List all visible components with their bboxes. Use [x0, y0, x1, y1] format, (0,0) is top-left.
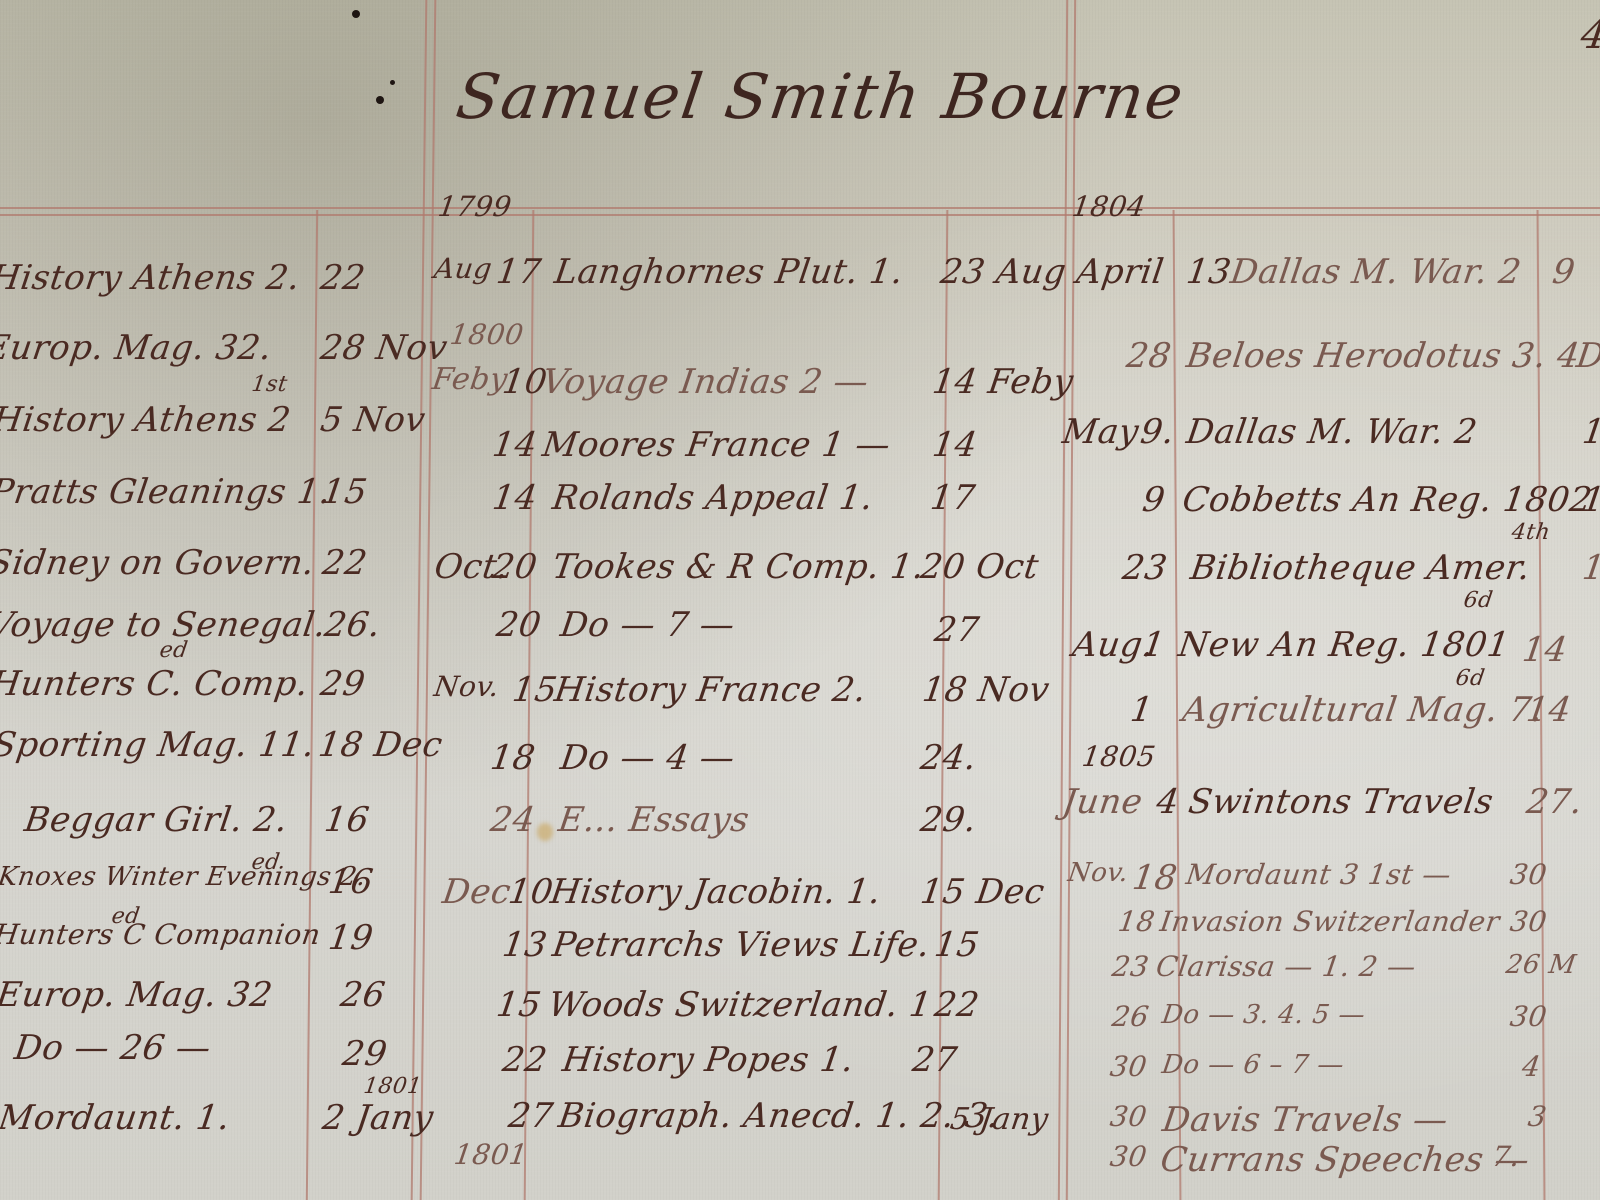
middle-entry-title: Biograph. Anecd. 1. 2. 3.	[556, 1096, 1002, 1136]
page-corner-mark: 4	[1578, 12, 1600, 58]
right-entry-day: 26	[1110, 1000, 1151, 1033]
right-entry-day: 23	[1110, 950, 1151, 983]
right-entry-title: Do — 6 – 7 —	[1160, 1050, 1346, 1080]
column-rule	[306, 210, 318, 1200]
right-entry-title: Davis Travels —	[1160, 1100, 1451, 1140]
middle-entry-month: Nov.	[432, 670, 501, 703]
left-entry-title: Mordaunt. 1.	[0, 1098, 233, 1138]
middle-entry-title: History France 2.	[552, 670, 869, 710]
right-entry-year: 1805	[1080, 740, 1158, 773]
middle-entry-title: Langhornes Plut. 1.	[552, 252, 906, 292]
right-entry-title: Swintons Travels	[1186, 782, 1496, 822]
right-entry-title: Do — 3. 4. 5 —	[1160, 1000, 1367, 1030]
right-entry-title: Clarissa — 1. 2 —	[1154, 950, 1418, 983]
left-entry-returned: 19	[326, 918, 376, 958]
middle-entry-day: 15	[494, 985, 544, 1025]
middle-entry-day: 13	[500, 925, 550, 965]
left-entry-title: Beggar Girl. 2.	[22, 800, 290, 840]
column-rule	[411, 0, 427, 1200]
right-entry-day: 1	[1128, 690, 1156, 730]
middle-entry-returned: 27	[910, 1040, 960, 1080]
middle-year-start: 1799	[436, 190, 514, 223]
right-entry-returned: 9	[1550, 252, 1578, 292]
right-entry-day: 30	[1108, 1100, 1149, 1133]
left-entry-title: Knoxes Winter Evenings 2.	[0, 862, 368, 892]
right-entry-title: Currans Speeches —	[1158, 1140, 1532, 1180]
right-entry-returned: 14	[1520, 630, 1570, 670]
left-entry-title: Sidney on Govern.	[0, 543, 317, 583]
header-rule	[0, 207, 1600, 209]
right-entry-title: Mordaunt 3 1st —	[1184, 858, 1453, 891]
left-entry-title: Sporting Mag. 11.	[0, 725, 317, 765]
middle-entry-day: 22	[500, 1040, 550, 1080]
ink-blot	[352, 10, 360, 18]
column-rule	[1066, 0, 1076, 1200]
middle-entry-returned: 29.	[918, 800, 979, 840]
right-entry-title: Bibliotheque Amer.	[1188, 548, 1533, 588]
left-entry-title: Europ. Mag. 32.	[0, 328, 274, 368]
middle-entry-day: 14	[490, 478, 540, 518]
left-entry-title: History Athens 2	[0, 400, 293, 440]
left-entry-title: Hunters C Companion	[0, 918, 323, 951]
middle-entry-title: Woods Switzerland. 1	[546, 985, 934, 1025]
middle-entry-returned: 24.	[918, 738, 979, 778]
right-entry-superscript: 4th	[1510, 520, 1552, 545]
left-entry-returned: 16	[322, 800, 372, 840]
column-rule	[420, 0, 436, 1200]
left-entry-title: History Athens 2.	[0, 258, 303, 298]
right-entry-day: 30	[1108, 1140, 1149, 1173]
middle-entry-returned: 27	[932, 610, 982, 650]
right-entry-returned: 14	[1524, 690, 1574, 730]
left-entry-returned: 5 Nov	[318, 400, 428, 440]
right-entry-day: 30	[1108, 1050, 1149, 1083]
right-entry-title: Dallas M. War. 2	[1184, 412, 1480, 452]
middle-entry-title: Voyage Indias 2 —	[540, 362, 871, 402]
middle-entry-day: 20	[490, 547, 540, 587]
left-entry-returned: 22	[320, 543, 370, 583]
middle-entry-returned: 5 Jany	[948, 1102, 1051, 1137]
left-entry-year-note: 1801	[362, 1074, 424, 1099]
middle-entry-title: E... Essays	[556, 800, 752, 840]
left-entry-returned: 29	[318, 664, 368, 704]
right-entry-month: May	[1060, 412, 1141, 452]
right-entry-day: 23	[1120, 548, 1170, 588]
ink-blot	[390, 80, 395, 85]
right-entry-day: 13	[1184, 252, 1234, 292]
middle-entry-title: Moores France 1 —	[540, 425, 893, 465]
right-entry-title: Dallas M. War. 2	[1228, 252, 1524, 292]
left-entry-title: Hunters C. Comp.	[0, 664, 311, 704]
middle-entry-returned: 17	[928, 478, 978, 518]
right-entry-returned: 27.	[1524, 782, 1585, 822]
right-entry-day: 1	[1140, 625, 1168, 665]
middle-entry-returned: 20 Oct	[918, 547, 1041, 587]
middle-entry-returned: 22	[932, 985, 982, 1025]
middle-entry-returned: 23 Aug	[938, 252, 1069, 292]
left-entry-returned: 26	[338, 975, 388, 1015]
right-entry-month: Nov.	[1066, 858, 1130, 888]
middle-entry-title: History Jacobin. 1.	[548, 872, 884, 912]
middle-entry-year: 1801	[452, 1138, 530, 1171]
middle-entry-title: Tookes & R Comp. 1.	[550, 547, 927, 587]
right-entry-month: April	[1074, 252, 1166, 292]
left-entry-returned: 2 Jany	[320, 1098, 436, 1138]
right-entry-title: Invasion Switzerlander	[1158, 905, 1502, 938]
middle-entry-title: History Popes 1.	[560, 1040, 857, 1080]
right-entry-day: 9	[1140, 480, 1168, 520]
left-entry-returned: 22	[318, 258, 368, 298]
right-entry-superscript: 6d	[1454, 666, 1487, 691]
right-entry-returned: 30	[1508, 1000, 1549, 1033]
middle-entry-title: Petrarchs Views Life.	[550, 925, 933, 965]
right-entry-returned: D	[1574, 336, 1600, 376]
right-entry-title: New An Reg. 1801	[1176, 625, 1512, 665]
right-entry-title: Beloes Herodotus 3. 4	[1184, 336, 1582, 376]
middle-entry-day: 20	[494, 605, 544, 645]
left-entry-superscript: ed	[158, 638, 190, 663]
middle-entry-day: 27	[506, 1096, 556, 1136]
middle-entry-returned: 14 Feby	[930, 362, 1076, 402]
right-entry-returned: 1	[1580, 412, 1600, 452]
middle-entry-returned: 18 Nov	[920, 670, 1052, 710]
right-entry-superscript: 6d	[1462, 588, 1495, 613]
middle-entry-year: 1800	[448, 318, 526, 351]
right-entry-returned: 7.	[1490, 1140, 1522, 1173]
right-entry-returned: 4	[1520, 1050, 1543, 1083]
right-entry-returned: 1	[1580, 548, 1600, 588]
right-entry-returned: 26 M	[1504, 950, 1578, 980]
left-entry-title: Do — 26 —	[12, 1028, 214, 1068]
middle-entry-day: 18	[488, 738, 538, 778]
foxing-stain	[537, 823, 553, 841]
middle-entry-returned: 14	[930, 425, 980, 465]
middle-entry-returned: 15	[932, 925, 982, 965]
right-entry-title: Cobbetts An Reg. 1802	[1180, 480, 1595, 520]
middle-entry-returned: 15 Dec	[918, 872, 1047, 912]
header-rule-2	[0, 214, 1600, 216]
right-entry-day: 9.	[1138, 412, 1177, 452]
ink-blot	[376, 96, 384, 104]
left-entry-returned: 29	[340, 1034, 390, 1074]
page-heading: Samuel Smith Bourne	[452, 60, 1189, 133]
right-entry-day: 18	[1130, 858, 1180, 898]
middle-entry-day: 14	[490, 425, 540, 465]
left-entry-returned: 16	[326, 862, 376, 902]
right-entry-day: 18	[1116, 905, 1157, 938]
middle-entry-day: 24	[488, 800, 538, 840]
right-entry-returned: 30	[1508, 858, 1549, 891]
left-entry-returned: 18 Dec	[316, 725, 445, 765]
middle-entry-month: Feby	[430, 362, 510, 397]
middle-entry-title: Rolands Appeal 1.	[550, 478, 876, 518]
right-entry-day: 28	[1124, 336, 1174, 376]
left-entry-returned: 26.	[322, 605, 383, 645]
right-entry-returned: 3	[1526, 1100, 1549, 1133]
middle-entry-day: 17	[494, 252, 544, 292]
middle-entry-title: Do — 4 —	[558, 738, 737, 778]
middle-entry-month: Dec	[440, 872, 514, 912]
left-entry-title: Europ. Mag. 32	[0, 975, 275, 1015]
right-entry-month: June	[1060, 782, 1145, 822]
left-entry-returned: 28 Nov	[318, 328, 450, 368]
left-entry-title: Pratts Gleanings 1.	[0, 472, 334, 512]
middle-entry-month: Aug	[432, 252, 494, 285]
left-entry-returned: 15	[320, 472, 370, 512]
right-year-start: 1804	[1070, 190, 1148, 223]
middle-entry-title: Do — 7 —	[558, 605, 737, 645]
left-entry-superscript: 1st	[250, 372, 289, 397]
right-entry-title: Agricultural Mag. 7.	[1180, 690, 1546, 730]
right-entry-returned: 30	[1508, 905, 1549, 938]
